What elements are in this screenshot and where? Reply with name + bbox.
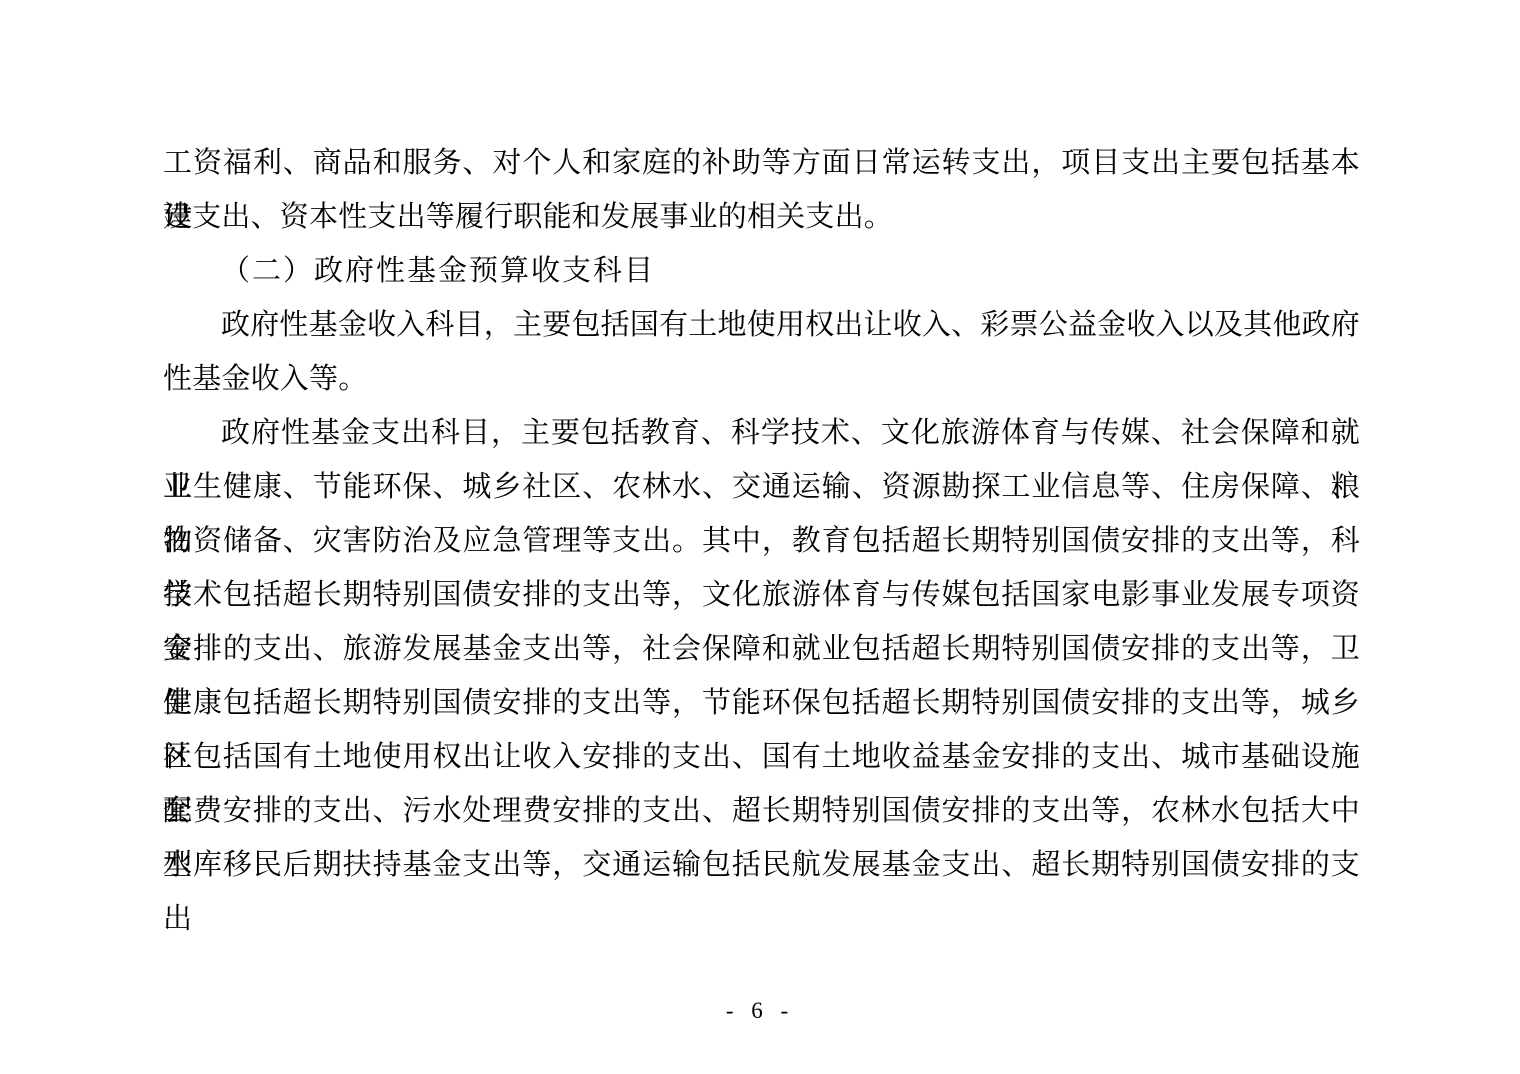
section-heading: （二）政府性基金预算收支科目: [163, 244, 1360, 298]
document-line: 技术包括超长期特别国债安排的支出等，文化旅游体育与传媒包括国家电影事业发展专项资…: [163, 568, 1360, 622]
page-number: - 6 -: [0, 996, 1520, 1026]
document-line: 水库移民后期扶持基金支出等，交通运输包括民航发展基金支出、超长期特别国债安排的支…: [163, 838, 1360, 892]
document-line: 卫生健康、节能环保、城乡社区、农林水、交通运输、资源勘探工业信息等、住房保障、粮…: [163, 460, 1360, 514]
document-line: 设支出、资本性支出等履行职能和发展事业的相关支出。: [163, 190, 1360, 244]
document-line: 政府性基金支出科目，主要包括教育、科学技术、文化旅游体育与传媒、社会保障和就业、: [163, 406, 1360, 460]
document-line: 性基金收入等。: [163, 352, 1360, 406]
document-line: 安排的支出、旅游发展基金支出等，社会保障和就业包括超长期特别国债安排的支出等，卫…: [163, 622, 1360, 676]
document-line: 政府性基金收入科目，主要包括国有土地使用权出让收入、彩票公益金收入以及其他政府: [163, 298, 1360, 352]
document-line: 健康包括超长期特别国债安排的支出等，节能环保包括超长期特别国债安排的支出等，城乡…: [163, 676, 1360, 730]
document-page: 工资福利、商品和服务、对个人和家庭的补助等方面日常运转支出，项目支出主要包括基本…: [0, 0, 1520, 1074]
document-line: 套费安排的支出、污水处理费安排的支出、超长期特别国债安排的支出等，农林水包括大中…: [163, 784, 1360, 838]
document-line: 区包括国有土地使用权出让收入安排的支出、国有土地收益基金安排的支出、城市基础设施…: [163, 730, 1360, 784]
document-line: 物资储备、灾害防治及应急管理等支出。其中，教育包括超长期特别国债安排的支出等，科…: [163, 514, 1360, 568]
document-body: 工资福利、商品和服务、对个人和家庭的补助等方面日常运转支出，项目支出主要包括基本…: [163, 136, 1360, 892]
document-line: 工资福利、商品和服务、对个人和家庭的补助等方面日常运转支出，项目支出主要包括基本…: [163, 136, 1360, 190]
